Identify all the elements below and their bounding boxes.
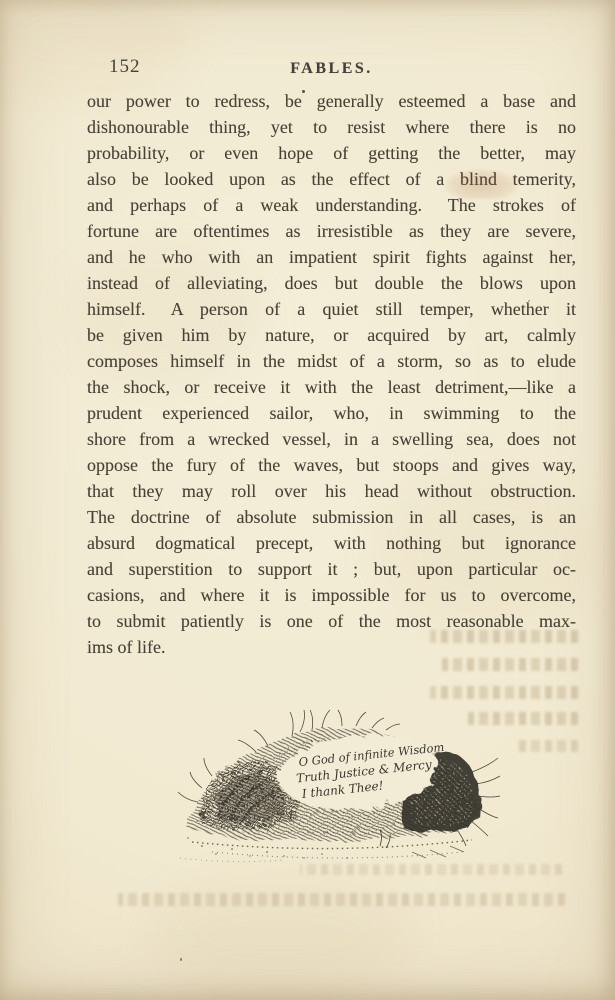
text-line: oppose the fury of the waves, but stoops… [87, 452, 576, 478]
show-through-text [518, 740, 578, 752]
text-line: be given him by nature, or acquired by a… [87, 322, 576, 348]
text-line: shore from a wrecked vessel, in a swelli… [87, 426, 576, 452]
text-line: The doctrine of absolute submission in a… [87, 504, 576, 530]
text-line: absurd dogmatical precept, with nothing … [87, 530, 576, 556]
paper-speck [180, 958, 182, 961]
text-line: prudent experienced sailor, who, in swim… [87, 400, 576, 426]
text-line: and superstition to support it ; but, up… [87, 556, 576, 582]
text-line: ims of life. [87, 634, 576, 660]
text-line: our power to redress, be generally estee… [87, 88, 576, 114]
tailpiece-illustration: O God of infinite Wisdom Truth Justice &… [172, 706, 502, 868]
text-line: also be looked upon as the effect of a b… [87, 166, 576, 192]
text-line: himself. A person of a quiet still tempe… [87, 296, 576, 322]
text-line: instead of alleviating, does but double … [87, 270, 576, 296]
text-line: that they may roll over his head without… [87, 478, 576, 504]
text-line: fortune are oftentimes as irresistible a… [87, 218, 576, 244]
text-line: casions, and where it is impossible for … [87, 582, 576, 608]
body-text: our power to redress, be generally estee… [87, 88, 576, 660]
text-line: and he who with an impatient spirit figh… [87, 244, 576, 270]
text-line: dishonourable thing, yet to resist where… [87, 114, 576, 140]
text-line: the shock, or receive it with the least … [87, 374, 576, 400]
text-line: to submit patiently is one of the most r… [87, 608, 576, 634]
book-page: { "page": { "number": "152", "running_ti… [0, 0, 615, 1000]
show-through-text [430, 686, 578, 699]
running-title: FABLES. [87, 60, 576, 78]
show-through-text [118, 893, 565, 906]
paper-mottling [150, 880, 410, 990]
text-line: probability, or even hope of getting the… [87, 140, 576, 166]
text-line: and perhaps of a weak understanding. The… [87, 192, 576, 218]
paper-mottling [0, 0, 190, 100]
text-line: composes himself in the midst of a storm… [87, 348, 576, 374]
